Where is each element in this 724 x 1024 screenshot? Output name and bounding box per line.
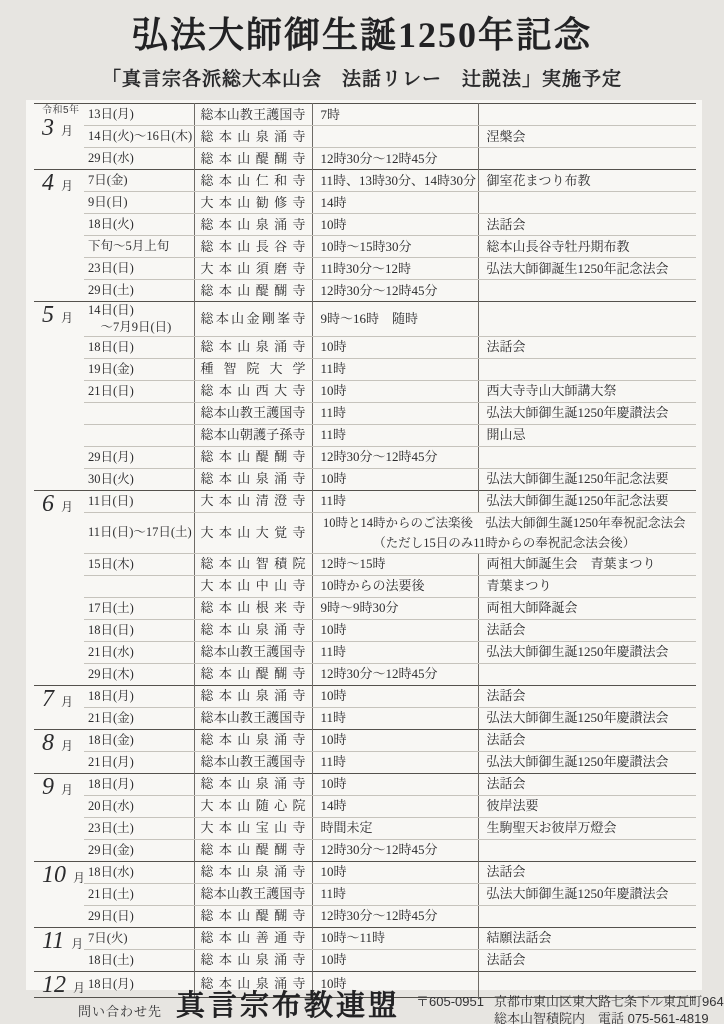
cell-temple: 大本山大覚寺 <box>194 512 312 553</box>
cell-time: 12時30分～12時45分 <box>312 446 478 468</box>
schedule-row: 総本山朝護子孫寺11時開山忌 <box>34 424 696 446</box>
cell-event: 弘法大師御生誕1250年記念法要 <box>478 490 696 512</box>
cell-event: 法話会 <box>478 685 696 707</box>
cell-temple: 総本山醍醐寺 <box>194 446 312 468</box>
postal-code: 〒605-0951 <box>416 994 484 1024</box>
cell-temple: 総本山泉涌寺 <box>194 468 312 490</box>
cell-date: 7日(金) <box>84 170 194 192</box>
month-group-10: 10月18日(水)総本山泉涌寺10時法話会21日(土)総本山教王護国寺11時弘法… <box>34 861 696 927</box>
cell-time: 11時、13時30分、14時30分 <box>312 170 478 192</box>
month-label: 10月 <box>34 861 84 927</box>
cell-event <box>478 839 696 861</box>
schedule-row: 21日(金)総本山教王護国寺11時弘法大師御生誕1250年慶讃法会 <box>34 707 696 729</box>
cell-time: 10時 <box>312 861 478 883</box>
cell-date: 17日(土) <box>84 597 194 619</box>
cell-temple: 大本山中山寺 <box>194 575 312 597</box>
schedule-row: 9月18日(月)総本山泉涌寺10時法話会 <box>34 773 696 795</box>
cell-time: 12時30分～12時45分 <box>312 280 478 302</box>
cell-event: 青葉まつり <box>478 575 696 597</box>
cell-time: 10時からの法要後 <box>312 575 478 597</box>
month-suffix: 月 <box>61 179 73 193</box>
schedule-row: 18日(土)総本山泉涌寺10時法話会 <box>34 949 696 971</box>
cell-temple: 総本山泉涌寺 <box>194 729 312 751</box>
cell-event: 弘法大師御生誕1250年記念法要 <box>478 468 696 490</box>
cell-time: 11時 <box>312 641 478 663</box>
schedule-row: 20日(水)大本山随心院14時彼岸法要 <box>34 795 696 817</box>
cell-event: 弘法大師御生誕1250年慶讃法会 <box>478 641 696 663</box>
cell-event: 法話会 <box>478 773 696 795</box>
month-suffix: 月 <box>61 311 73 325</box>
cell-event: 涅槃会 <box>478 126 696 148</box>
cell-time: 12時～15時 <box>312 553 478 575</box>
schedule-row: 21日(土)総本山教王護国寺11時弘法大師御生誕1250年慶讃法会 <box>34 883 696 905</box>
cell-time: 12時30分～12時45分 <box>312 839 478 861</box>
schedule-row: 29日(水)総本山醍醐寺12時30分～12時45分 <box>34 148 696 170</box>
cell-time: 7時 <box>312 104 478 126</box>
schedule-row: 6月11日(日)大本山清澄寺11時弘法大師御生誕1250年記念法要 <box>34 490 696 512</box>
cell-time: 10時 <box>312 949 478 971</box>
cell-event: 法話会 <box>478 619 696 641</box>
month-label: 11月 <box>34 927 84 971</box>
cell-date: 18日(月) <box>84 773 194 795</box>
cell-temple: 総本山泉涌寺 <box>194 336 312 358</box>
month-number: 8 <box>42 730 54 756</box>
month-number: 9 <box>42 774 54 800</box>
month-number: 4 <box>42 170 54 196</box>
month-number: 10 <box>42 862 66 888</box>
cell-event: 両祖大師誕生会 青葉まつり <box>478 553 696 575</box>
cell-time: 12時30分～12時45分 <box>312 663 478 685</box>
month-label: 令和5年3月 <box>34 104 84 170</box>
schedule-row: 4月7日(金)総本山仁和寺11時、13時30分、14時30分御室花まつり布教 <box>34 170 696 192</box>
cell-date: 19日(金) <box>84 358 194 380</box>
month-label: 8月 <box>34 729 84 773</box>
page-title: 弘法大師御生誕1250年記念 <box>0 14 724 57</box>
month-suffix: 月 <box>71 937 83 951</box>
cell-temple: 総本山教王護国寺 <box>194 883 312 905</box>
month-label: 9月 <box>34 773 84 861</box>
cell-temple: 総本山仁和寺 <box>194 170 312 192</box>
cell-event: 開山忌 <box>478 424 696 446</box>
cell-time: 9時～16時 随時 <box>312 302 478 337</box>
cell-time: 10時 <box>312 619 478 641</box>
cell-temple: 総本山智積院 <box>194 553 312 575</box>
schedule-row: 総本山教王護国寺11時弘法大師御生誕1250年慶讃法会 <box>34 402 696 424</box>
schedule-row: 15日(木)総本山智積院12時～15時両祖大師誕生会 青葉まつり <box>34 553 696 575</box>
address-block: 〒605-0951 京都市東山区東大路七条下ル東瓦町964 総本山智積院内 電話… <box>416 994 724 1024</box>
cell-date <box>84 575 194 597</box>
cell-event: 法話会 <box>478 729 696 751</box>
cell-time: 10時 <box>312 685 478 707</box>
cell-time: 11時 <box>312 358 478 380</box>
document-footer: 問い合わせ先 真言宗布教連盟 〒605-0951 京都市東山区東大路七条下ル東瓦… <box>0 990 724 1024</box>
cell-event: 法話会 <box>478 949 696 971</box>
month-group-6: 6月11日(日)大本山清澄寺11時弘法大師御生誕1250年記念法要11日(日)～… <box>34 490 696 685</box>
organization-name: 真言宗布教連盟 <box>176 992 400 1021</box>
cell-date: 18日(金) <box>84 729 194 751</box>
month-group-11: 11月7日(火)総本山善通寺10時～11時結願法話会18日(土)総本山泉涌寺10… <box>34 927 696 971</box>
month-suffix: 月 <box>73 871 85 885</box>
month-label: 5月 <box>34 302 84 491</box>
cell-temple: 総本山醍醐寺 <box>194 148 312 170</box>
cell-time: 10時 <box>312 380 478 402</box>
cell-event <box>478 148 696 170</box>
cell-date: 21日(日) <box>84 380 194 402</box>
cell-event: 法話会 <box>478 336 696 358</box>
month-number: 7 <box>42 686 54 712</box>
cell-event: 御室花まつり布教 <box>478 170 696 192</box>
month-number: 5 <box>42 302 54 328</box>
cell-temple: 総本山教王護国寺 <box>194 104 312 126</box>
schedule-row: 30日(火)総本山泉涌寺10時弘法大師御生誕1250年記念法要 <box>34 468 696 490</box>
month-number: 3 <box>42 115 54 141</box>
schedule-row: 5月14日(日) ～7月9日(日)総本山金剛峯寺9時～16時 随時 <box>34 302 696 337</box>
schedule-row: 21日(月)総本山教王護国寺11時弘法大師御生誕1250年慶讃法会 <box>34 751 696 773</box>
cell-date: 29日(木) <box>84 663 194 685</box>
cell-temple: 総本山根来寺 <box>194 597 312 619</box>
cell-temple: 総本山醍醐寺 <box>194 905 312 927</box>
cell-date: 9日(日) <box>84 192 194 214</box>
cell-temple: 大本山随心院 <box>194 795 312 817</box>
address-lines: 京都市東山区東大路七条下ル東瓦町964 総本山智積院内 電話 075-561-4… <box>494 994 724 1024</box>
cell-event: 生駒聖天お彼岸万燈会 <box>478 817 696 839</box>
cell-time: 10時～11時 <box>312 927 478 949</box>
cell-date: 21日(土) <box>84 883 194 905</box>
cell-date: 23日(土) <box>84 817 194 839</box>
month-label: 4月 <box>34 170 84 302</box>
cell-time: 9時～9時30分 <box>312 597 478 619</box>
cell-temple: 総本山泉涌寺 <box>194 619 312 641</box>
schedule-table: 令和5年3月13日(月)総本山教王護国寺7時14日(火)～16日(木)総本山泉涌… <box>34 103 696 998</box>
cell-temple: 総本山泉涌寺 <box>194 861 312 883</box>
cell-date: 29日(水) <box>84 148 194 170</box>
cell-date: 29日(月) <box>84 446 194 468</box>
schedule-row: 17日(土)総本山根来寺9時～9時30分両祖大師降誕会 <box>34 597 696 619</box>
schedule-row: 21日(日)総本山西大寺10時西大寺寺山大師講大祭 <box>34 380 696 402</box>
cell-date: 下旬～5月上旬 <box>84 236 194 258</box>
cell-date: 18日(土) <box>84 949 194 971</box>
cell-temple: 大本山清澄寺 <box>194 490 312 512</box>
cell-date: 29日(土) <box>84 280 194 302</box>
schedule-row: 令和5年3月13日(月)総本山教王護国寺7時 <box>34 104 696 126</box>
cell-temple: 総本山善通寺 <box>194 927 312 949</box>
cell-temple: 総本山教王護国寺 <box>194 402 312 424</box>
schedule-row: 11月7日(火)総本山善通寺10時～11時結願法話会 <box>34 927 696 949</box>
cell-temple: 総本山教王護国寺 <box>194 751 312 773</box>
cell-date: 18日(月) <box>84 685 194 707</box>
cell-temple: 総本山醍醐寺 <box>194 839 312 861</box>
cell-event <box>478 104 696 126</box>
month-suffix: 月 <box>61 739 73 753</box>
cell-date <box>84 424 194 446</box>
cell-event: 弘法大師御生誕1250年慶讃法会 <box>478 883 696 905</box>
cell-time: 11時 <box>312 751 478 773</box>
cell-temple: 総本山金剛峯寺 <box>194 302 312 337</box>
cell-time: 10時 <box>312 336 478 358</box>
cell-temple: 総本山教王護国寺 <box>194 641 312 663</box>
page-subtitle: 「真言宗各派総大本山会 法話リレー 辻説法」実施予定 <box>0 64 724 91</box>
schedule-row: 11日(日)～17日(土)大本山大覚寺10時と14時からのご法楽後 弘法大師御生… <box>34 512 696 553</box>
cell-temple: 大本山勧修寺 <box>194 192 312 214</box>
schedule-row: 29日(日)総本山醍醐寺12時30分～12時45分 <box>34 905 696 927</box>
schedule-row: 29日(月)総本山醍醐寺12時30分～12時45分 <box>34 446 696 468</box>
cell-date: 18日(水) <box>84 861 194 883</box>
cell-date: 14日(日) ～7月9日(日) <box>84 302 194 337</box>
cell-time: 12時30分～12時45分 <box>312 905 478 927</box>
cell-time: 時間未定 <box>312 817 478 839</box>
cell-event <box>478 302 696 337</box>
cell-date: 7日(火) <box>84 927 194 949</box>
cell-date: 14日(火)～16日(木) <box>84 126 194 148</box>
month-group-7: 7月18日(月)総本山泉涌寺10時法話会21日(金)総本山教王護国寺11時弘法大… <box>34 685 696 729</box>
cell-time: 10時～15時30分 <box>312 236 478 258</box>
month-suffix: 月 <box>61 124 73 138</box>
cell-time: 10時 <box>312 773 478 795</box>
month-suffix: 月 <box>61 695 73 709</box>
cell-event: 彼岸法要 <box>478 795 696 817</box>
cell-event <box>478 358 696 380</box>
schedule-row: 23日(日)大本山須磨寺11時30分～12時弘法大師御誕生1250年記念法会 <box>34 258 696 280</box>
schedule-row: 21日(水)総本山教王護国寺11時弘法大師御生誕1250年慶讃法会 <box>34 641 696 663</box>
cell-temple: 総本山醍醐寺 <box>194 663 312 685</box>
cell-time: 10時 <box>312 214 478 236</box>
cell-temple: 総本山泉涌寺 <box>194 773 312 795</box>
schedule-row: 8月18日(金)総本山泉涌寺10時法話会 <box>34 729 696 751</box>
cell-time: 11時 <box>312 707 478 729</box>
month-group-9: 9月18日(月)総本山泉涌寺10時法話会20日(水)大本山随心院14時彼岸法要2… <box>34 773 696 861</box>
cell-event: 法話会 <box>478 214 696 236</box>
cell-date: 20日(水) <box>84 795 194 817</box>
month-suffix: 月 <box>61 500 73 514</box>
cell-date: 21日(月) <box>84 751 194 773</box>
cell-time: 11時 <box>312 490 478 512</box>
cell-temple: 総本山泉涌寺 <box>194 685 312 707</box>
cell-temple: 総本山西大寺 <box>194 380 312 402</box>
cell-temple: 大本山須磨寺 <box>194 258 312 280</box>
month-label: 6月 <box>34 490 84 685</box>
month-group-4: 4月7日(金)総本山仁和寺11時、13時30分、14時30分御室花まつり布教9日… <box>34 170 696 302</box>
cell-event <box>478 192 696 214</box>
month-number: 11 <box>42 928 64 954</box>
cell-time: 12時30分～12時45分 <box>312 148 478 170</box>
cell-time: 14時 <box>312 795 478 817</box>
schedule-row: 29日(木)総本山醍醐寺12時30分～12時45分 <box>34 663 696 685</box>
month-suffix: 月 <box>61 783 73 797</box>
schedule-row: 下旬～5月上旬総本山長谷寺10時～15時30分総本山長谷寺牡丹期布教 <box>34 236 696 258</box>
cell-date: 21日(金) <box>84 707 194 729</box>
cell-event: 結願法話会 <box>478 927 696 949</box>
schedule-row: 29日(金)総本山醍醐寺12時30分～12時45分 <box>34 839 696 861</box>
cell-date: 11日(日)～17日(土) <box>84 512 194 553</box>
cell-date: 11日(日) <box>84 490 194 512</box>
cell-time: 11時 <box>312 402 478 424</box>
cell-event <box>478 280 696 302</box>
cell-time: 11時 <box>312 424 478 446</box>
cell-date <box>84 402 194 424</box>
schedule-row: 29日(土)総本山醍醐寺12時30分～12時45分 <box>34 280 696 302</box>
document-header: 弘法大師御生誕1250年記念 「真言宗各派総大本山会 法話リレー 辻説法」実施予… <box>0 0 724 91</box>
cell-temple: 総本山泉涌寺 <box>194 126 312 148</box>
cell-event: 弘法大師御生誕1250年慶讃法会 <box>478 751 696 773</box>
schedule-row: 18日(日)総本山泉涌寺10時法話会 <box>34 336 696 358</box>
cell-temple: 総本山泉涌寺 <box>194 949 312 971</box>
cell-event <box>478 663 696 685</box>
schedule-sheet: 令和5年3月13日(月)総本山教王護国寺7時14日(火)～16日(木)総本山泉涌… <box>26 100 702 990</box>
schedule-row: 大本山中山寺10時からの法要後青葉まつり <box>34 575 696 597</box>
schedule-row: 23日(土)大本山宝山寺時間未定生駒聖天お彼岸万燈会 <box>34 817 696 839</box>
cell-date: 23日(日) <box>84 258 194 280</box>
cell-temple: 総本山醍醐寺 <box>194 280 312 302</box>
cell-time <box>312 126 478 148</box>
cell-event: 弘法大師御誕生1250年記念法会 <box>478 258 696 280</box>
cell-time: 10時 <box>312 729 478 751</box>
cell-event <box>478 446 696 468</box>
cell-temple: 総本山教王護国寺 <box>194 707 312 729</box>
schedule-row: 10月18日(水)総本山泉涌寺10時法話会 <box>34 861 696 883</box>
month-number: 6 <box>42 491 54 517</box>
month-group-5: 5月14日(日) ～7月9日(日)総本山金剛峯寺9時～16時 随時18日(日)総… <box>34 302 696 491</box>
cell-date: 18日(日) <box>84 336 194 358</box>
cell-event: 弘法大師御生誕1250年慶讃法会 <box>478 707 696 729</box>
cell-time: 14時 <box>312 192 478 214</box>
cell-time: 11時 <box>312 883 478 905</box>
cell-event: 法話会 <box>478 861 696 883</box>
cell-temple: 総本山泉涌寺 <box>194 214 312 236</box>
cell-date: 13日(月) <box>84 104 194 126</box>
cell-date: 15日(木) <box>84 553 194 575</box>
cell-event <box>478 905 696 927</box>
cell-date: 18日(日) <box>84 619 194 641</box>
cell-temple: 種智院大学 <box>194 358 312 380</box>
cell-time: 11時30分～12時 <box>312 258 478 280</box>
schedule-row: 19日(金)種智院大学11時 <box>34 358 696 380</box>
month-label: 7月 <box>34 685 84 729</box>
cell-date: 30日(火) <box>84 468 194 490</box>
cell-temple: 総本山朝護子孫寺 <box>194 424 312 446</box>
schedule-row: 7月18日(月)総本山泉涌寺10時法話会 <box>34 685 696 707</box>
month-group-8: 8月18日(金)総本山泉涌寺10時法話会21日(月)総本山教王護国寺11時弘法大… <box>34 729 696 773</box>
contact-label: 問い合わせ先 <box>78 1001 162 1020</box>
cell-date: 18日(火) <box>84 214 194 236</box>
cell-date: 21日(水) <box>84 641 194 663</box>
cell-event: 西大寺寺山大師講大祭 <box>478 380 696 402</box>
schedule-row: 9日(日)大本山勧修寺14時 <box>34 192 696 214</box>
schedule-row: 18日(火)総本山泉涌寺10時法話会 <box>34 214 696 236</box>
cell-temple: 総本山長谷寺 <box>194 236 312 258</box>
cell-time: 10時 <box>312 468 478 490</box>
cell-time-event-span: 10時と14時からのご法楽後 弘法大師御生誕1250年奉祝記念法会 （ただし15… <box>312 512 696 553</box>
cell-event: 総本山長谷寺牡丹期布教 <box>478 236 696 258</box>
cell-event: 両祖大師降誕会 <box>478 597 696 619</box>
cell-date: 29日(日) <box>84 905 194 927</box>
month-group-3: 令和5年3月13日(月)総本山教王護国寺7時14日(火)～16日(木)総本山泉涌… <box>34 104 696 170</box>
cell-date: 29日(金) <box>84 839 194 861</box>
schedule-row: 14日(火)～16日(木)総本山泉涌寺涅槃会 <box>34 126 696 148</box>
schedule-row: 18日(日)総本山泉涌寺10時法話会 <box>34 619 696 641</box>
cell-event: 弘法大師御生誕1250年慶讃法会 <box>478 402 696 424</box>
cell-temple: 大本山宝山寺 <box>194 817 312 839</box>
